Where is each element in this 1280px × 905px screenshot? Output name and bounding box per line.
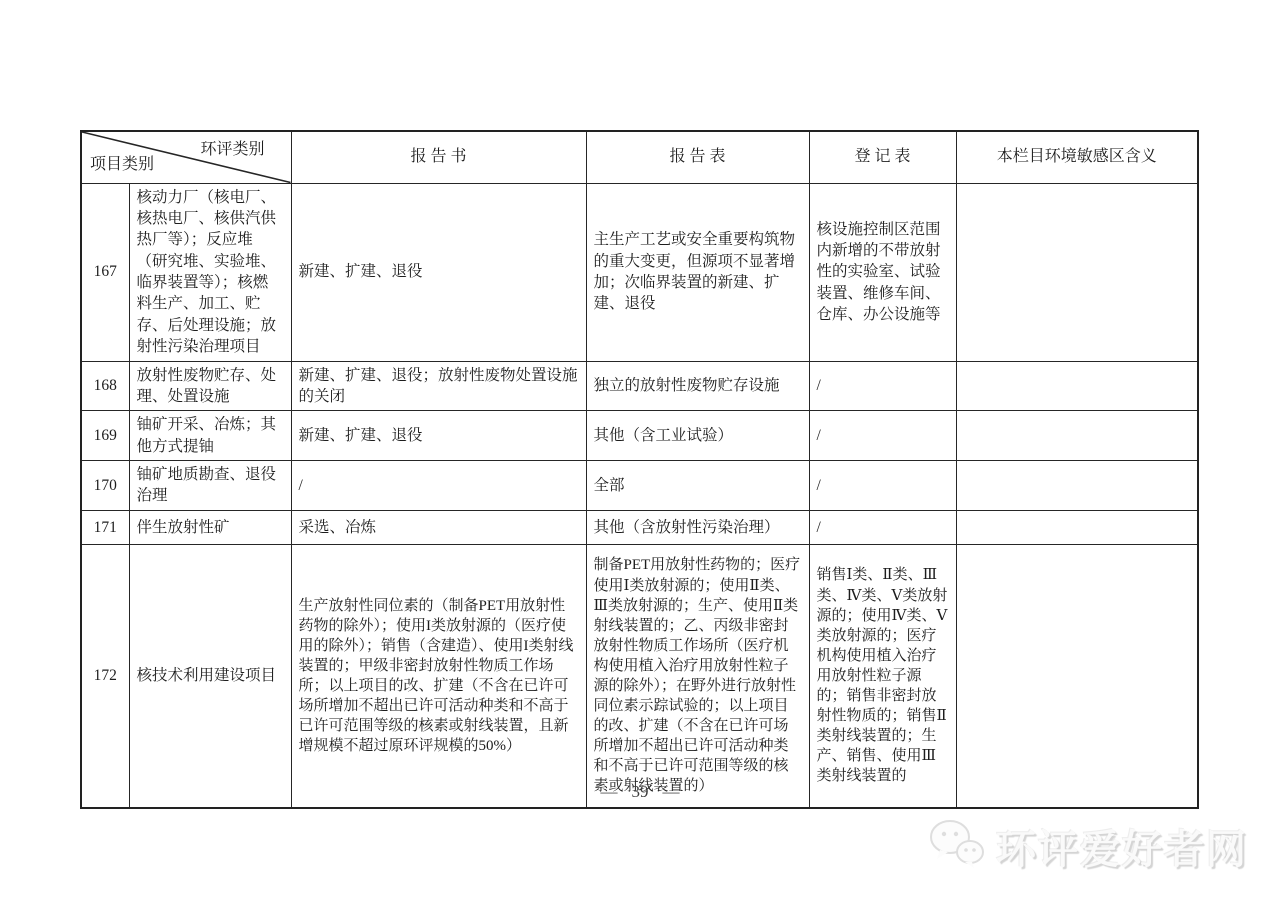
cell-report-form: 其他（含放射性污染治理） [586, 510, 809, 544]
cell-report-book: 新建、扩建、退役 [291, 411, 586, 461]
cell-registration-form: / [809, 461, 956, 511]
cell-sensitive-area [956, 361, 1198, 411]
cell-report-book: 新建、扩建、退役 [291, 183, 586, 361]
cell-report-form: 制备PET用放射性药物的；医疗使用Ⅰ类放射源的；使用Ⅱ类、Ⅲ类放射源的；生产、使… [586, 544, 809, 808]
cell-project-category: 核技术利用建设项目 [129, 544, 291, 808]
cell-report-form: 独立的放射性废物贮存设施 [586, 361, 809, 411]
table-row: 168 放射性废物贮存、处理、处置设施 新建、扩建、退役；放射性废物处置设施的关… [81, 361, 1198, 411]
page-number-dash-right: — [649, 782, 694, 801]
table-header-row: 环评类别 项目类别 报 告 书 报 告 表 登 记 表 本栏目环境敏感区含义 [81, 131, 1198, 183]
table-row: 172 核技术利用建设项目 生产放射性同位素的（制备PET用放射性药物的除外）；… [81, 544, 1198, 808]
table-row: 171 伴生放射性矿 采选、冶炼 其他（含放射性污染治理） / [81, 510, 1198, 544]
cell-report-form: 全部 [586, 461, 809, 511]
cell-sensitive-area [956, 183, 1198, 361]
cell-row-number: 171 [81, 510, 129, 544]
cell-report-book: 新建、扩建、退役；放射性废物处置设施的关闭 [291, 361, 586, 411]
header-sensitive-area-meaning: 本栏目环境敏感区含义 [956, 131, 1198, 183]
header-eia-category-label: 环评类别 [200, 139, 264, 161]
cell-registration-form: / [809, 411, 956, 461]
document-page: 环评类别 项目类别 报 告 书 报 告 表 登 记 表 本栏目环境敏感区含义 1… [0, 0, 1280, 905]
cell-registration-form: 销售Ⅰ类、Ⅱ类、Ⅲ类、Ⅳ类、Ⅴ类放射源的；使用Ⅳ类、Ⅴ类放射源的；医疗机构使用植… [809, 544, 956, 808]
cell-registration-form: 核设施控制区范围内新增的不带放射性的实验室、试验装置、维修车间、仓库、办公设施等 [809, 183, 956, 361]
cell-sensitive-area [956, 411, 1198, 461]
table-row: 170 铀矿地质勘查、退役治理 / 全部 / [81, 461, 1198, 511]
cell-project-category: 铀矿地质勘查、退役治理 [129, 461, 291, 511]
cell-registration-form: / [809, 510, 956, 544]
cell-sensitive-area [956, 461, 1198, 511]
table-row: 169 铀矿开采、冶炼；其他方式提铀 新建、扩建、退役 其他（含工业试验） / [81, 411, 1198, 461]
cell-row-number: 170 [81, 461, 129, 511]
cell-row-number: 169 [81, 411, 129, 461]
cell-report-book: 采选、冶炼 [291, 510, 586, 544]
cell-row-number: 167 [81, 183, 129, 361]
page-number-dash-left: — [587, 782, 632, 801]
cell-registration-form: / [809, 361, 956, 411]
diagonal-header-cell: 环评类别 项目类别 [81, 131, 291, 183]
chat-bubbles-icon [928, 818, 986, 875]
cell-row-number: 168 [81, 361, 129, 411]
page-number-value: 39 [632, 782, 649, 801]
cell-report-book: 生产放射性同位素的（制备PET用放射性药物的除外）；使用I类放射源的（医疗使用的… [291, 544, 586, 808]
header-report-book: 报 告 书 [291, 131, 586, 183]
cell-project-category: 核动力厂（核电厂、核热电厂、核供汽供热厂等）；反应堆（研究堆、实验堆、临界装置等… [129, 183, 291, 361]
header-registration-form: 登 记 表 [809, 131, 956, 183]
watermark-text: 环评爱好者网 [996, 818, 1248, 875]
cell-sensitive-area [956, 544, 1198, 808]
cell-sensitive-area [956, 510, 1198, 544]
header-report-form: 报 告 表 [586, 131, 809, 183]
cell-report-form: 主生产工艺或安全重要构筑物的重大变更，但源项不显著增加；次临界装置的新建、扩建、… [586, 183, 809, 361]
watermark: 环评爱好者网 [928, 818, 1248, 875]
cell-project-category: 铀矿开采、冶炼；其他方式提铀 [129, 411, 291, 461]
eia-category-table: 环评类别 项目类别 报 告 书 报 告 表 登 记 表 本栏目环境敏感区含义 1… [80, 130, 1199, 809]
cell-report-form: 其他（含工业试验） [586, 411, 809, 461]
cell-row-number: 172 [81, 544, 129, 808]
table-row: 167 核动力厂（核电厂、核热电厂、核供汽供热厂等）；反应堆（研究堆、实验堆、临… [81, 183, 1198, 361]
cell-project-category: 放射性废物贮存、处理、处置设施 [129, 361, 291, 411]
cell-report-book: / [291, 461, 586, 511]
page-number: —39— [0, 782, 1280, 802]
header-project-category-label: 项目类别 [90, 154, 154, 176]
cell-project-category: 伴生放射性矿 [129, 510, 291, 544]
